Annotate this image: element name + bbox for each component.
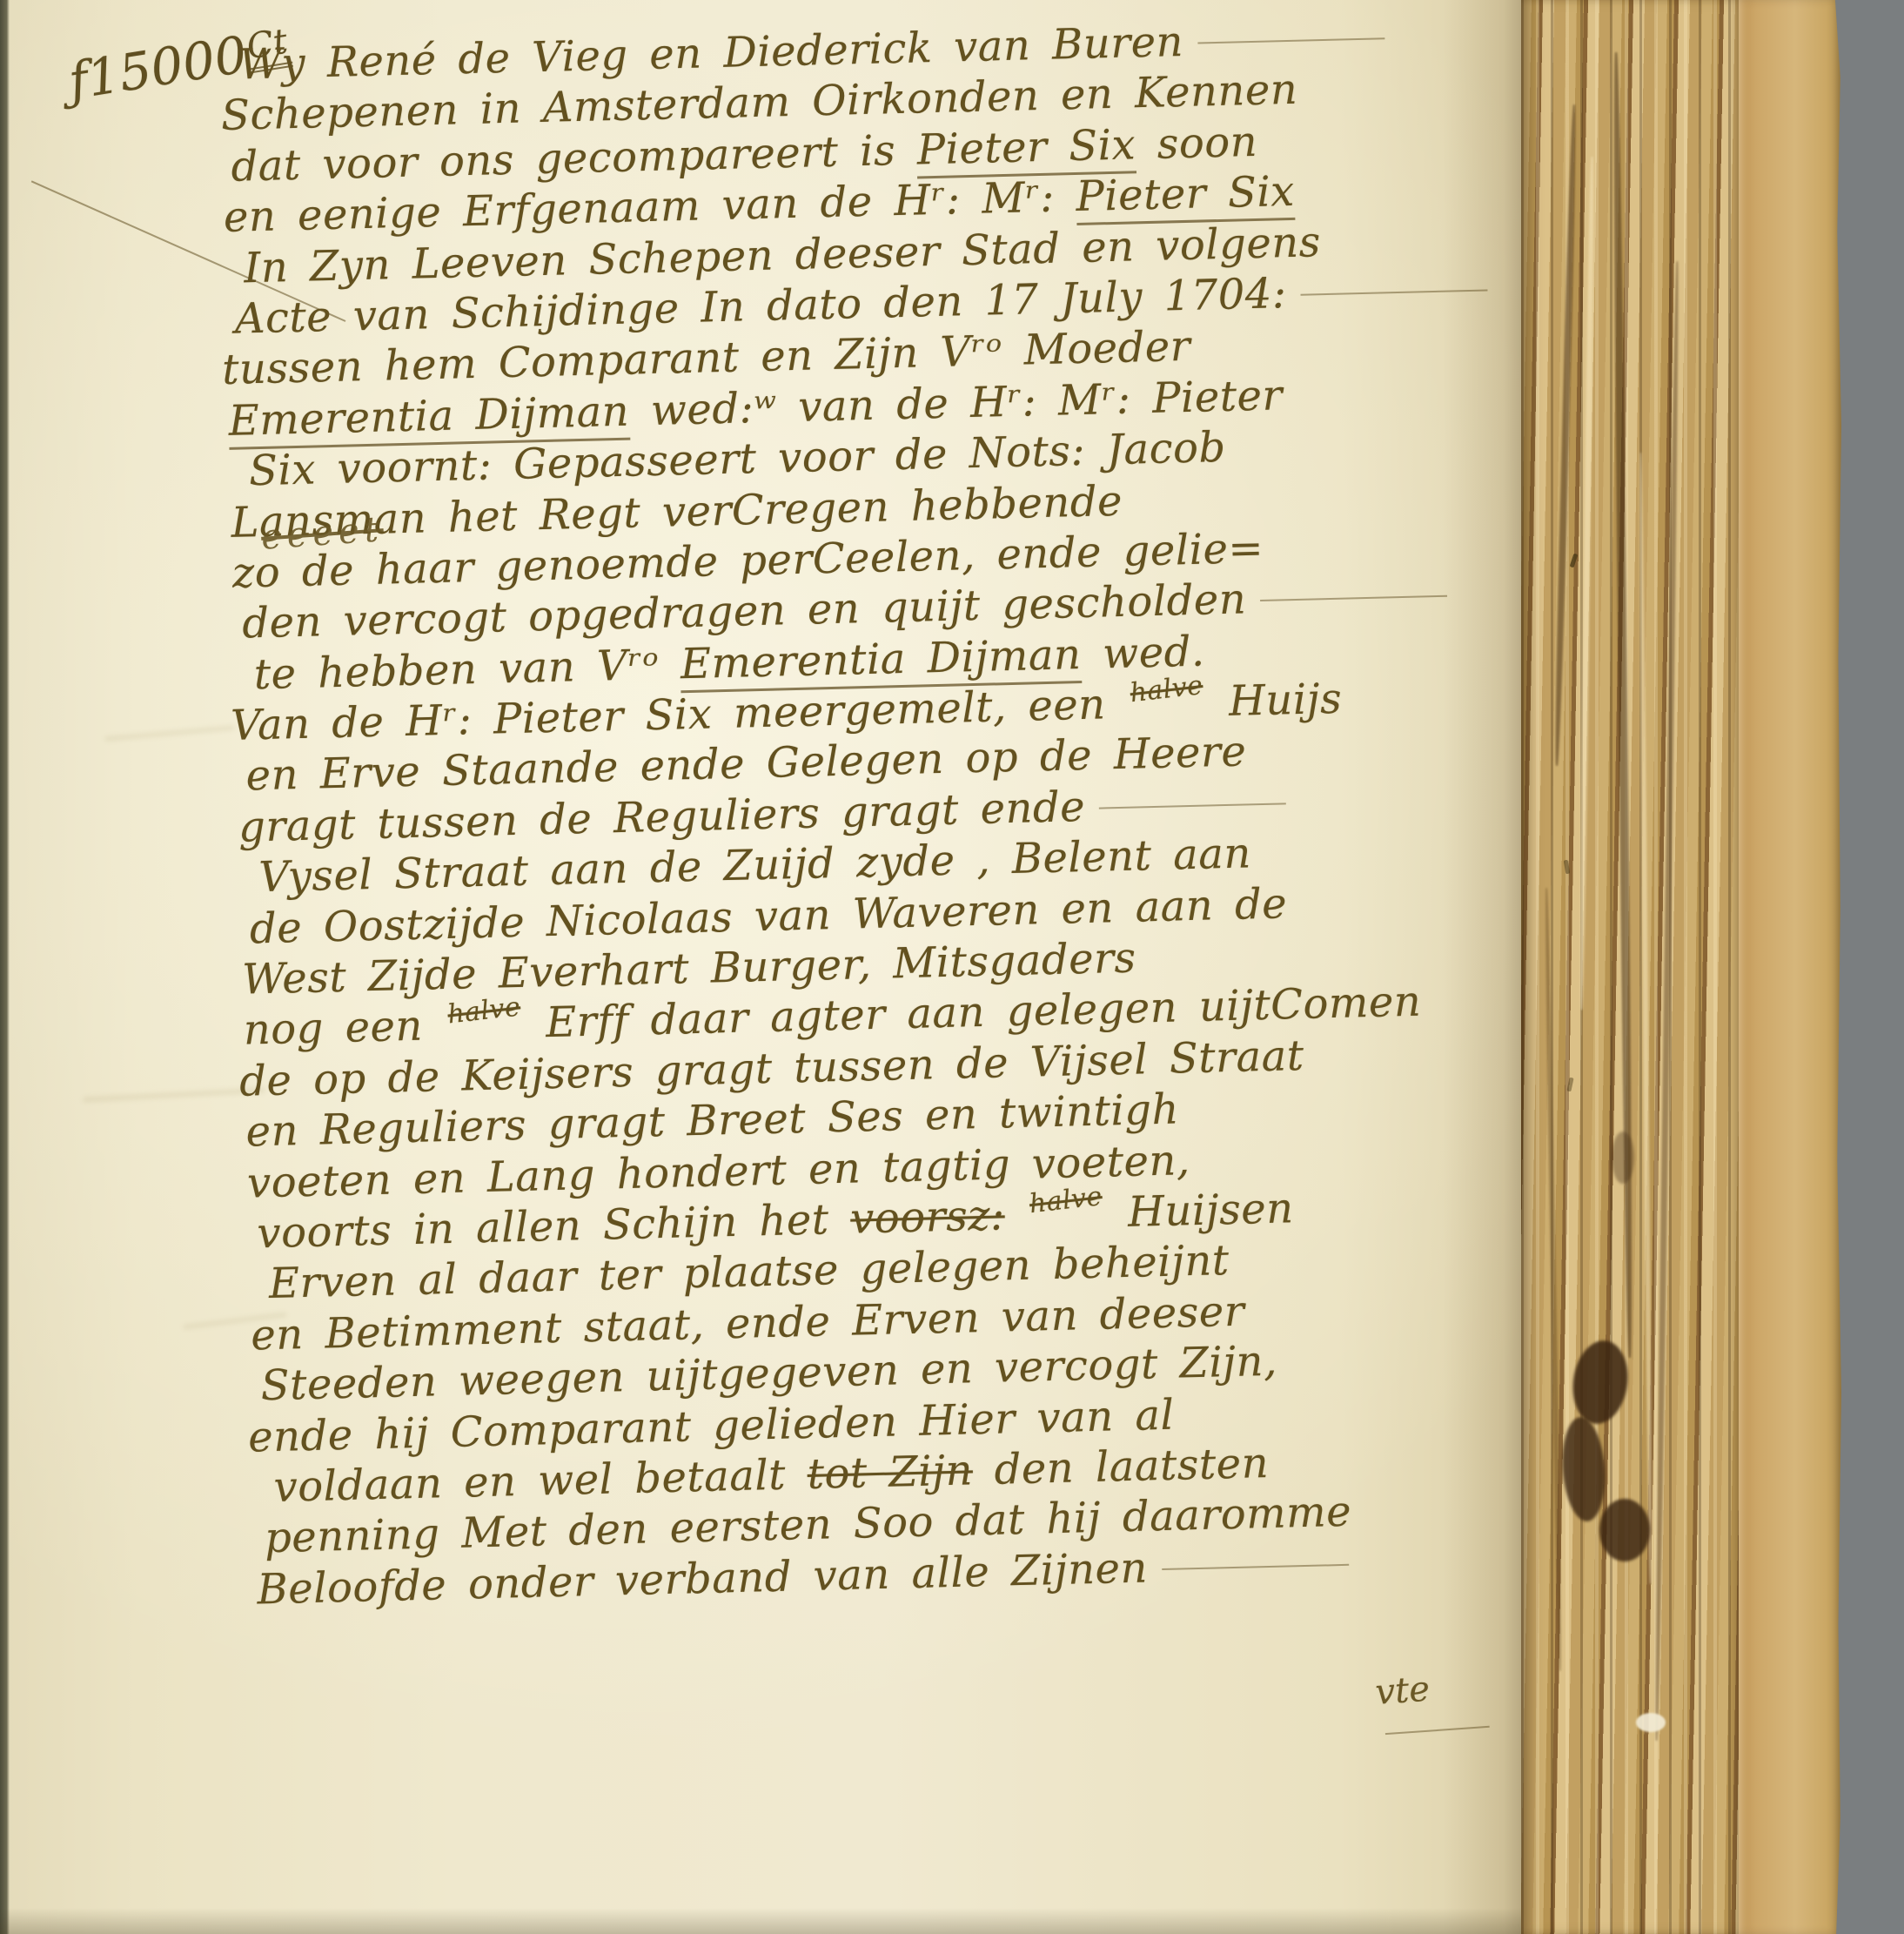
book-cover-band (1739, 0, 1841, 1934)
ink-showthrough (83, 1088, 265, 1103)
crossed-out-scribble: eeeet (260, 509, 385, 558)
ink-stain (1612, 1132, 1634, 1184)
ink-showthrough (104, 725, 235, 741)
paper-spot (1636, 1713, 1666, 1732)
archival-scan: ƒ15000Ct Wy René de Vieg en Diederick va… (0, 0, 1904, 1934)
manuscript-text: Wy René de Vieg en Diederick van BurenSc… (219, 8, 1563, 1615)
ink-stain (1599, 1499, 1650, 1561)
page-left-edge-shadow (0, 0, 10, 1934)
catchword: vte (1374, 1662, 1524, 1752)
manuscript-lines: Wy René de Vieg en Diederick van BurenSc… (219, 8, 1563, 1615)
manuscript-page: ƒ15000Ct Wy René de Vieg en Diederick va… (0, 0, 1521, 1934)
